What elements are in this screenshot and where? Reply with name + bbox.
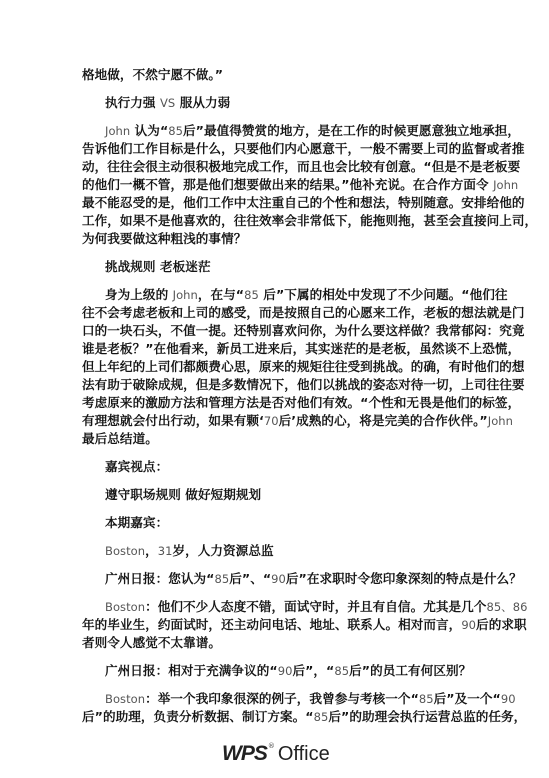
text-segment: 口的一块石头，不值一提。还特别喜欢问你，为什么要这样做？我常郁闷：究竟 — [82, 323, 525, 338]
text-segment: 85 — [214, 572, 229, 586]
text-line: 执行力强 VS 服从力弱 — [105, 95, 230, 111]
text-line: 身为上级的 John，在与“85 后”下属的相处中发现了不少问题。“他们往 — [105, 287, 508, 303]
text-segment: John — [493, 178, 518, 192]
text-segment: 85 — [314, 710, 329, 724]
text-segment: 嘉宾视点： — [105, 459, 168, 474]
text-line: Boston，31岁，人力资源总监 — [105, 543, 274, 559]
text-segment: 后”的员工有何区别？ — [349, 663, 471, 678]
text-segment: Boston — [105, 692, 145, 706]
wps-logo-text: WPS — [222, 742, 267, 766]
text-line: 者则令人感觉不太靠谱。 — [82, 635, 221, 651]
text-segment: 后”及一个“ — [434, 691, 501, 706]
text-segment: 90 — [501, 692, 516, 706]
text-segment: 认为“ — [130, 123, 168, 138]
text-segment: 后”，“ — [292, 663, 334, 678]
text-line: 挑战规则 老板迷茫 — [105, 259, 211, 275]
text-line: 但上年纪的上司们都颇费心思，原来的规矩往往受到挑战。的确，有时他们的想 — [82, 359, 525, 375]
text-segment: 工作，如果不是他喜欢的，往往效率会非常低下，能拖则拖，甚至会直接问上司， — [82, 213, 537, 228]
text-line: 工作，如果不是他喜欢的，往往效率会非常低下，能拖则拖，甚至会直接问上司， — [82, 213, 537, 229]
text-line: 考虑原来的激励方法和管理方法是否对他们有效。“个性和无畏是他们的标签， — [82, 395, 520, 411]
text-line: 有理想就会付出行动，如果有颗‘70后’成熟的心，将是完美的合作伙伴。”John — [82, 413, 513, 429]
text-segment: Boston — [105, 600, 145, 614]
text-segment: 谁是老板？”在他看来，新员工进来后，其实迷茫的是老板，虽然谈不上恐慌， — [82, 341, 520, 356]
text-line: 动，往往会很主动很积极地完成工作，而且也会比较有创意。“但是不是老板要 — [82, 159, 520, 175]
text-segment: 后”在求职时令您印象深刻的特点是什么？ — [286, 571, 522, 586]
text-line: 法有助于破除成规，但是多数情况下，他们以挑战的姿态对待一切，上司往往要 — [82, 377, 525, 393]
text-line: 广州日报：您认为“85后”、“90后”在求职时令您印象深刻的特点是什么？ — [105, 571, 522, 587]
text-segment: 90 — [271, 572, 286, 586]
text-segment: 后”、“ — [229, 571, 271, 586]
text-segment: 90 — [278, 664, 293, 678]
text-segment: 85 — [168, 124, 183, 138]
text-segment: 的他们一概不管，那是他们想要做出来的结果。”他补充说。在合作方面令 — [82, 177, 493, 192]
text-segment: 服从力弱 — [175, 95, 230, 110]
text-segment: 年的毕业生，约面试时，还主动问电话、地址、联系人。相对而言， — [82, 617, 461, 632]
text-segment: ：举一个我印象很深的例子，我曾参与考核一个“ — [145, 691, 419, 706]
document-page: 格地做，不然宁愿不做。”执行力强 VS 服从力弱John 认为“85后”最值得赞… — [0, 0, 549, 778]
text-segment: 最不能忍受的是，他们工作中太注重自己的个性和想法，特别随意。安排给他的 — [82, 195, 525, 210]
text-segment: 后”的助理，负责分析数据、制订方案。“ — [82, 709, 314, 724]
text-segment: 考虑原来的激励方法和管理方法是否对他们有效。“个性和无畏是他们的标签， — [82, 395, 520, 410]
text-segment: 往不会考虑老板和上司的感受，而是按照自己的心愿来工作，老板的想法就是门 — [82, 305, 525, 320]
text-segment: John — [105, 124, 130, 138]
text-line: 格地做，不然宁愿不做。” — [82, 67, 223, 83]
text-line: 往不会考虑老板和上司的感受，而是按照自己的心愿来工作，老板的想法就是门 — [82, 305, 525, 321]
text-segment: 后”下属的相处中发现了不少问题。“他们往 — [259, 287, 508, 302]
text-segment: John — [488, 414, 513, 428]
text-line: 广州日报：相对于充满争议的“90后”，“85后”的员工有何区别？ — [105, 663, 471, 679]
text-segment: 告诉他们工作目标是什么，只要他们内心愿意干，一般不需要上司的监督或者推 — [82, 141, 525, 156]
text-line: 遵守职场规则 做好短期规划 — [105, 487, 261, 503]
text-segment: 者则令人感觉不太靠谱。 — [82, 635, 221, 650]
text-line: 谁是老板？”在他看来，新员工进来后，其实迷茫的是老板，虽然谈不上恐慌， — [82, 341, 520, 357]
text-segment: 格地做，不然宁愿不做。” — [82, 67, 223, 82]
text-segment: 岁，人力资源总监 — [172, 543, 273, 558]
text-line: Boston：他们不少人态度不错，面试守时，并且有自信。尤其是几个85、86 — [105, 599, 527, 615]
text-segment: VS — [160, 96, 175, 110]
text-segment: 执行力强 — [105, 95, 160, 110]
text-segment: ，在与“ — [198, 287, 244, 302]
text-segment: 90 — [461, 618, 476, 632]
text-segment: ， — [145, 543, 158, 558]
wps-office-logo: WPS ® Office — [222, 742, 330, 766]
text-segment: 本期嘉宾： — [105, 515, 168, 530]
text-line: John 认为“85后”最值得赞赏的地方，是在工作的时候更愿意独立地承担， — [105, 123, 520, 139]
text-line: 口的一块石头，不值一提。还特别喜欢问你，为什么要这样做？我常郁闷：究竟 — [82, 323, 525, 339]
text-line: 本期嘉宾： — [105, 515, 168, 531]
text-line: Boston：举一个我印象很深的例子，我曾参与考核一个“85后”及一个“90 — [105, 691, 516, 707]
text-line: 最后总结道。 — [82, 431, 158, 447]
text-segment: 70 — [264, 414, 279, 428]
text-line: 最不能忍受的是，他们工作中太注重自己的个性和想法，特别随意。安排给他的 — [82, 195, 525, 211]
text-segment: 动，往往会很主动很积极地完成工作，而且也会比较有创意。“但是不是老板要 — [82, 159, 520, 174]
text-segment: 后’成熟的心，将是完美的合作伙伴。” — [279, 413, 488, 428]
text-segment: 有理想就会付出行动，如果有颗‘ — [82, 413, 264, 428]
text-segment: 85 — [419, 692, 434, 706]
office-logo-text: Office — [278, 743, 330, 766]
text-segment: 但上年纪的上司们都颇费心思，原来的规矩往往受到挑战。的确，有时他们的想 — [82, 359, 525, 374]
text-segment: 最后总结道。 — [82, 431, 158, 446]
text-segment: 身为上级的 — [105, 287, 173, 302]
text-segment: John — [173, 288, 198, 302]
text-segment: 广州日报：相对于充满争议的“ — [105, 663, 278, 678]
text-segment: 广州日报：您认为“ — [105, 571, 214, 586]
text-line: 告诉他们工作目标是什么，只要他们内心愿意干，一般不需要上司的监督或者推 — [82, 141, 525, 157]
text-segment: 85 — [244, 288, 259, 302]
registered-mark: ® — [268, 742, 275, 750]
text-segment: 85 — [334, 664, 349, 678]
text-segment: 为何我要做这种粗浅的事情？ — [82, 231, 246, 246]
text-line: 嘉宾视点： — [105, 459, 168, 475]
text-line: 后”的助理，负责分析数据、制订方案。“85后”的助理会执行运营总监的任务， — [82, 709, 526, 725]
text-line: 年的毕业生，约面试时，还主动问电话、地址、联系人。相对而言，90后的求职 — [82, 617, 527, 633]
text-segment: ：他们不少人态度不错，面试守时，并且有自信。尤其是几个 — [145, 599, 486, 614]
text-segment: 85、86 — [486, 600, 527, 614]
text-segment: 后的求职 — [476, 617, 527, 632]
text-segment: 后”的助理会执行运营总监的任务， — [328, 709, 526, 724]
text-line: 为何我要做这种粗浅的事情？ — [82, 231, 246, 247]
text-segment: Boston — [105, 544, 145, 558]
text-segment: 挑战规则 老板迷茫 — [105, 259, 211, 274]
text-segment: 31 — [158, 544, 173, 558]
text-segment: 法有助于破除成规，但是多数情况下，他们以挑战的姿态对待一切，上司往往要 — [82, 377, 525, 392]
text-segment: 后”最值得赞赏的地方，是在工作的时候更愿意独立地承担， — [183, 123, 520, 138]
text-segment: 遵守职场规则 做好短期规划 — [105, 487, 261, 502]
text-line: 的他们一概不管，那是他们想要做出来的结果。”他补充说。在合作方面令 John — [82, 177, 518, 193]
